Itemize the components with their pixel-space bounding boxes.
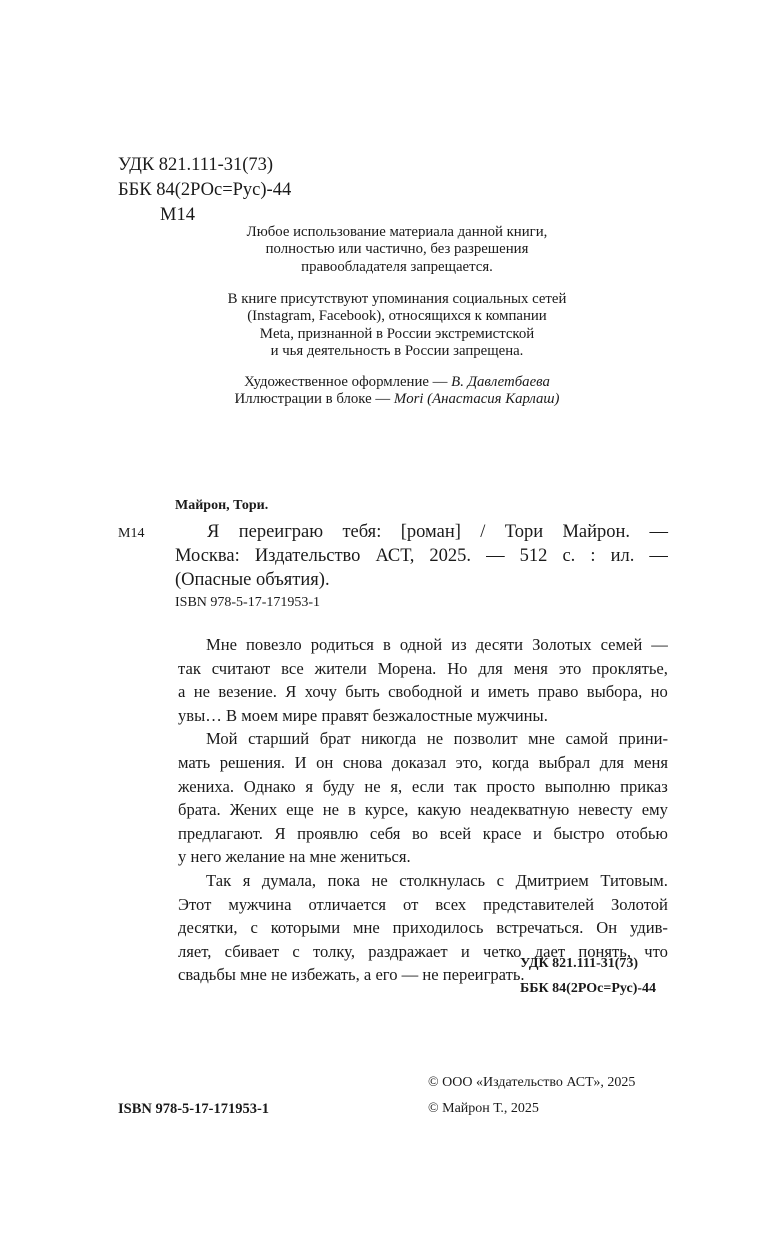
annotation-line: Мойстаршийбратникогданепозволитмнесамойп… xyxy=(178,727,668,751)
bibliography-author-mark: М14 xyxy=(118,522,144,546)
bibliography-isbn: ISBN 978-5-17-171953-1 xyxy=(175,595,320,611)
bibliography-line: Москва:ИздательствоАСТ,2025.—512с.:ил.— xyxy=(175,544,668,568)
notice-line: и чья деятельность в России запрещена. xyxy=(180,343,614,360)
udk-code: УДК 821.111-31(73) xyxy=(520,951,656,976)
bibliography-line: (Опасные объятия). xyxy=(175,568,668,592)
annotation-classification: УДК 821.111-31(73) ББК 84(2РОс=Рус)-44 xyxy=(520,951,656,1001)
classification-block: УДК 821.111-31(73) ББК 84(2РОс=Рус)-44 xyxy=(118,153,291,203)
udk-code: УДК 821.111-31(73) xyxy=(118,153,291,178)
annotation-line: брата.Женихещеневкурсе,какуюнеадекватную… xyxy=(178,798,668,822)
notice-line: правообладателя запрещается. xyxy=(180,259,614,276)
credit-name: В. Давлетбаева xyxy=(451,374,550,390)
annotation-line: предлагают.Япроявлюсебявовсейкрасеибыстр… xyxy=(178,822,668,846)
annotation-line: таксчитаютвсежителиМорена.Нодляменяэтопр… xyxy=(178,657,668,681)
notice-line: Meta, признанной в России экстремистской xyxy=(180,326,614,343)
copyright-notices: © ООО «Издательство АСТ», 2025 © Майрон … xyxy=(428,1070,635,1122)
social-media-warning: В книге присутствуют упоминания социальн… xyxy=(180,291,614,361)
notice-line: (Instagram, Facebook), относящихся к ком… xyxy=(180,308,614,325)
annotation-line: десятки,скоторымимнеприходилосьвстречать… xyxy=(178,916,668,940)
credit-illustrations: Иллюстрации в блоке — Mori (Анастасия Ка… xyxy=(180,391,614,408)
credit-name: Mori (Анастасия Карлаш) xyxy=(394,391,560,407)
notice-line: Любое использование материала данной кни… xyxy=(180,224,614,241)
annotation-line: жениха.Однакоябудунея,еслитакпростовыпол… xyxy=(178,775,668,799)
bibliography-author: Майрон, Тори. xyxy=(175,498,268,514)
copyright-author: © Майрон Т., 2025 xyxy=(428,1096,635,1122)
annotation-line: Такядумала,поканестолкнуласьсДмитриемТит… xyxy=(178,869,668,893)
credit-design: Художественное оформление — В. Давлетбае… xyxy=(180,374,614,391)
copyright-warning: Любое использование материала данной кни… xyxy=(180,224,614,276)
notice-line: полностью или частично, без разрешения xyxy=(180,241,614,258)
annotation-line: увы… В моем мире правят безжалостные муж… xyxy=(178,704,668,728)
bbk-code: ББК 84(2РОс=Рус)-44 xyxy=(520,976,656,1001)
annotation-line: матьрешения.Ионсновадоказалэто,когдавыбр… xyxy=(178,751,668,775)
annotation-line: Этотмужчинаотличаетсяотвсехпредставителе… xyxy=(178,893,668,917)
copyright-publisher: © ООО «Издательство АСТ», 2025 xyxy=(428,1070,635,1096)
credits: Художественное оформление — В. Давлетбае… xyxy=(180,374,614,409)
annotation-line: аневезение.Яхочубытьсвободнойииметьправо… xyxy=(178,680,668,704)
bibliography-line: Япереиграютебя:[роман]/ТориМайрон.— xyxy=(175,520,668,544)
footer-isbn: ISBN 978-5-17-171953-1 xyxy=(118,1096,269,1122)
bibliography-description: Япереиграютебя:[роман]/ТориМайрон.—Москв… xyxy=(175,520,668,592)
annotation-line: у него желание на мне жениться. xyxy=(178,845,668,869)
annotation-line: МнеповезлородитьсяводнойиздесятиЗолотыхс… xyxy=(178,633,668,657)
bbk-code: ББК 84(2РОс=Рус)-44 xyxy=(118,178,291,203)
notice-line: В книге присутствуют упоминания социальн… xyxy=(180,291,614,308)
annotation: МнеповезлородитьсяводнойиздесятиЗолотыхс… xyxy=(178,633,668,987)
